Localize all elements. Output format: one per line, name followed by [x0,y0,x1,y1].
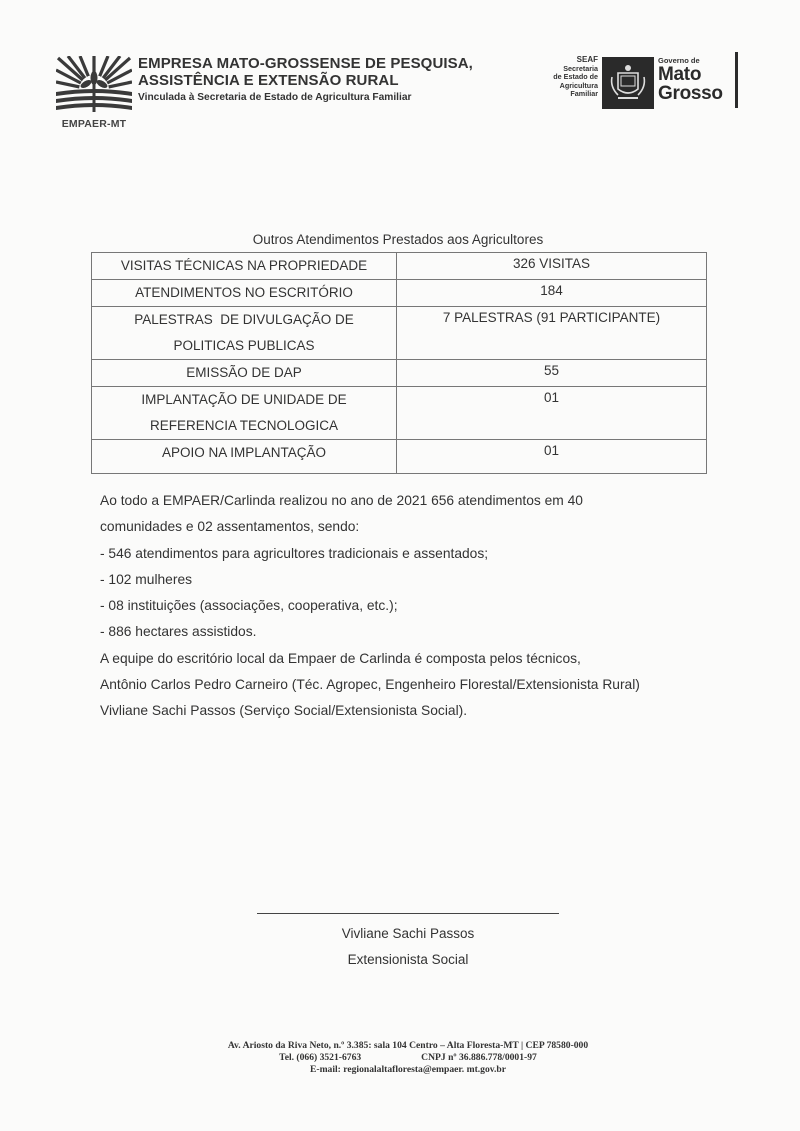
services-table: VISITAS TÉCNICAS NA PROPRIEDADE 326 VISI… [91,252,707,474]
row-label-text: PALESTRAS DE DIVULGAÇÃO DE [92,307,396,333]
sunrise-plant-icon [56,56,132,112]
summary-line: comunidades e 02 assentamentos, sendo: [100,514,700,540]
summary-line: Antônio Carlos Pedro Carneiro (Téc. Agro… [100,672,700,698]
org-title-line1: EMPRESA MATO-GROSSENSE DE PESQUISA, [138,55,473,72]
row-label-text: VISITAS TÉCNICAS NA PROPRIEDADE [92,253,396,279]
footer-cnpj: CNPJ nº 36.886.778/0001-97 [421,1052,537,1063]
table-row: ATENDIMENTOS NO ESCRITÓRIO 184 [92,280,707,307]
table-caption: Outros Atendimentos Prestados aos Agricu… [0,232,796,247]
row-value: 01 [397,440,707,474]
seaf-label: SEAF Secretaria de Estado de Agricultura… [545,56,598,99]
row-label: EMISSÃO DE DAP [92,360,397,387]
summary-line: A equipe do escritório local da Empaer d… [100,646,700,672]
row-label: APOIO NA IMPLANTAÇÃO [92,440,397,474]
row-label-text: IMPLANTAÇÃO DE UNIDADE DE [92,387,396,413]
row-label: PALESTRAS DE DIVULGAÇÃO DE POLITICAS PUB… [92,307,397,360]
footer-contact: Av. Ariosto da Riva Neto, n.º 3.385: sal… [0,1040,800,1076]
gov-state-line1: Mato [658,65,723,84]
table-row: EMISSÃO DE DAP 55 [92,360,707,387]
row-value: 55 [397,360,707,387]
summary-line: - 102 mulheres [100,567,700,593]
table-row: IMPLANTAÇÃO DE UNIDADE DE REFERENCIA TEC… [92,387,707,440]
summary-line: - 546 atendimentos para agricultores tra… [100,541,700,567]
table-row: VISITAS TÉCNICAS NA PROPRIEDADE 326 VISI… [92,253,707,280]
summary-line: Vivliane Sachi Passos (Serviço Social/Ex… [100,698,700,724]
state-crest-icon [602,57,654,109]
row-value: 326 VISITAS [397,253,707,280]
row-label-text: POLITICAS PUBLICAS [92,333,396,359]
table-row: APOIO NA IMPLANTAÇÃO 01 [92,440,707,474]
gov-state-line2: Grosso [658,84,723,103]
row-label: IMPLANTAÇÃO DE UNIDADE DE REFERENCIA TEC… [92,387,397,440]
logo-caption: EMPAER-MT [56,118,132,130]
row-value: 7 PALESTRAS (91 PARTICIPANTE) [397,307,707,360]
government-label: Governo de Mato Grosso [658,56,723,103]
row-label: ATENDIMENTOS NO ESCRITÓRIO [92,280,397,307]
footer-phone-cnpj: Tel. (066) 3521-6763CNPJ nº 36.886.778/0… [0,1052,800,1064]
row-label: VISITAS TÉCNICAS NA PROPRIEDADE [92,253,397,280]
row-label-text: APOIO NA IMPLANTAÇÃO [92,440,396,466]
org-title-line2: ASSISTÊNCIA E EXTENSÃO RURAL [138,72,473,89]
seaf-line: Familiar [545,90,598,99]
summary-line: - 886 hectares assistidos. [100,619,700,645]
row-label-text: REFERENCIA TECNOLOGICA [92,413,396,439]
signatory-role: Extensionista Social [0,952,800,967]
row-label-text: ATENDIMENTOS NO ESCRITÓRIO [92,280,396,306]
row-label-text: EMISSÃO DE DAP [92,360,396,386]
organization-heading: EMPRESA MATO-GROSSENSE DE PESQUISA, ASSI… [138,55,473,103]
footer-email: E-mail: regionalaltafloresta@empaer. mt.… [0,1064,800,1076]
signatory-name: Vivliane Sachi Passos [0,926,800,941]
signature-line [257,913,559,914]
row-value: 01 [397,387,707,440]
empaer-logo: EMPAER-MT [56,56,132,126]
summary-line: Ao todo a EMPAER/Carlinda realizou no an… [100,488,700,514]
table-row: PALESTRAS DE DIVULGAÇÃO DE POLITICAS PUB… [92,307,707,360]
summary-text: Ao todo a EMPAER/Carlinda realizou no an… [100,488,700,725]
divider-bar [735,52,738,108]
footer-address: Av. Ariosto da Riva Neto, n.º 3.385: sal… [0,1040,800,1052]
row-value: 184 [397,280,707,307]
footer-phone: Tel. (066) 3521-6763 [279,1052,361,1063]
summary-line: - 08 instituições (associações, cooperat… [100,593,700,619]
org-subtitle: Vinculada à Secretaria de Estado de Agri… [138,92,473,103]
